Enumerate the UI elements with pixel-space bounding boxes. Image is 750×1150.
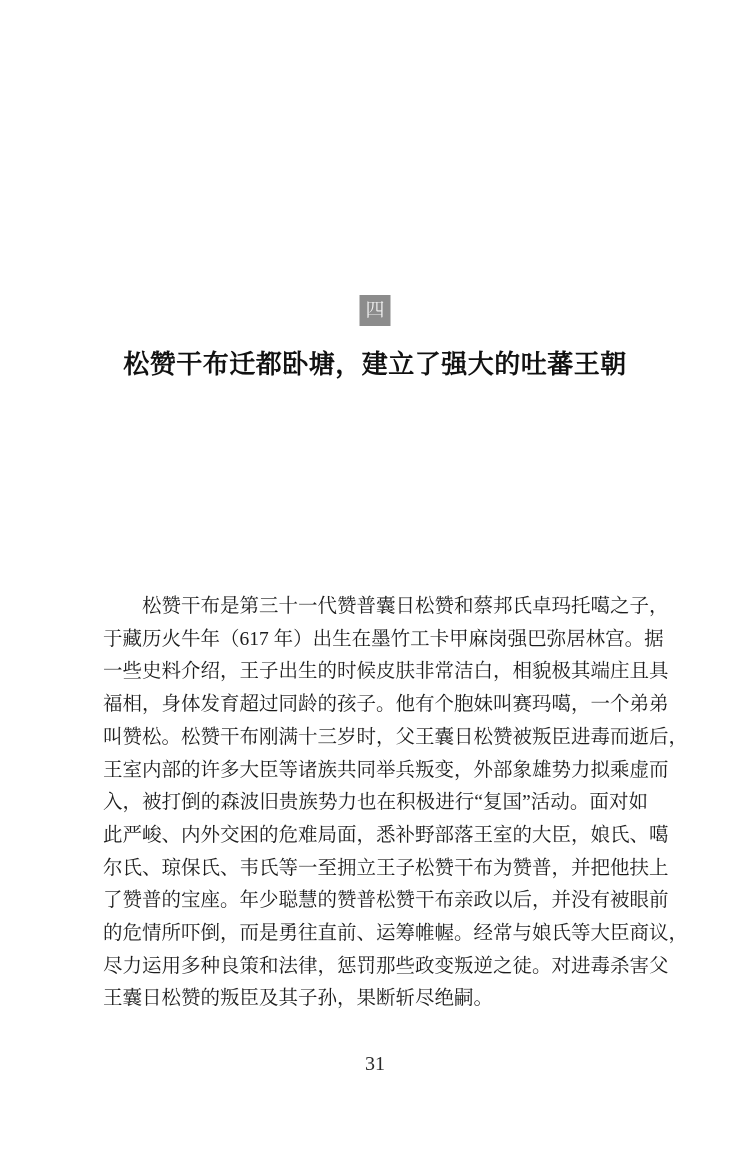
- page-number: 31: [0, 1053, 750, 1076]
- body-line: 的危情所吓倒，而是勇往直前、运筹帷幄。经常与娘氏等大臣商议，: [103, 918, 648, 951]
- body-line: 入，被打倒的森波旧贵族势力也在积极进行“复国”活动。面对如: [103, 787, 648, 820]
- body-line: 松赞干布是第三十一代赞普囊日松赞和蔡邦氏卓玛托噶之子，: [103, 591, 648, 624]
- chapter-title: 松赞干布迁都卧塘，建立了强大的吐蕃王朝: [0, 344, 750, 381]
- body-line: 福相，身体发育超过同龄的孩子。他有个胞妹叫赛玛噶，一个弟弟: [103, 689, 648, 722]
- book-page: 四 松赞干布迁都卧塘，建立了强大的吐蕃王朝 松赞干布是第三十一代赞普囊日松赞和蔡…: [0, 0, 750, 1150]
- body-line: 尽力运用多种良策和法律，惩罚那些政变叛逆之徒。对进毒杀害父: [103, 951, 648, 984]
- body-line: 一些史料介绍，王子出生的时候皮肤非常洁白，相貌极其端庄且具: [103, 656, 648, 689]
- body-text: 松赞干布是第三十一代赞普囊日松赞和蔡邦氏卓玛托噶之子，于藏历火牛年（617 年）…: [103, 591, 648, 1016]
- body-line: 于藏历火牛年（617 年）出生在墨竹工卡甲麻岗强巴弥居林宫。据: [103, 624, 648, 657]
- body-line: 王室内部的许多大臣等诸族共同举兵叛变，外部象雄势力拟乘虚而: [103, 755, 648, 788]
- chapter-number: 四: [365, 301, 384, 320]
- body-line: 尔氏、琼保氏、韦氏等一至拥立王子松赞干布为赞普，并把他扶上: [103, 853, 648, 886]
- body-line: 叫赞松。松赞干布刚满十三岁时，父王囊日松赞被叛臣进毒而逝后，: [103, 722, 648, 755]
- body-line: 王囊日松赞的叛臣及其子孙，果断斩尽绝嗣。: [103, 983, 648, 1016]
- body-line: 了赞普的宝座。年少聪慧的赞普松赞干布亲政以后，并没有被眼前: [103, 885, 648, 918]
- chapter-number-badge: 四: [360, 295, 391, 326]
- body-line: 此严峻、内外交困的危难局面，悉补野部落王室的大臣，娘氏、噶: [103, 820, 648, 853]
